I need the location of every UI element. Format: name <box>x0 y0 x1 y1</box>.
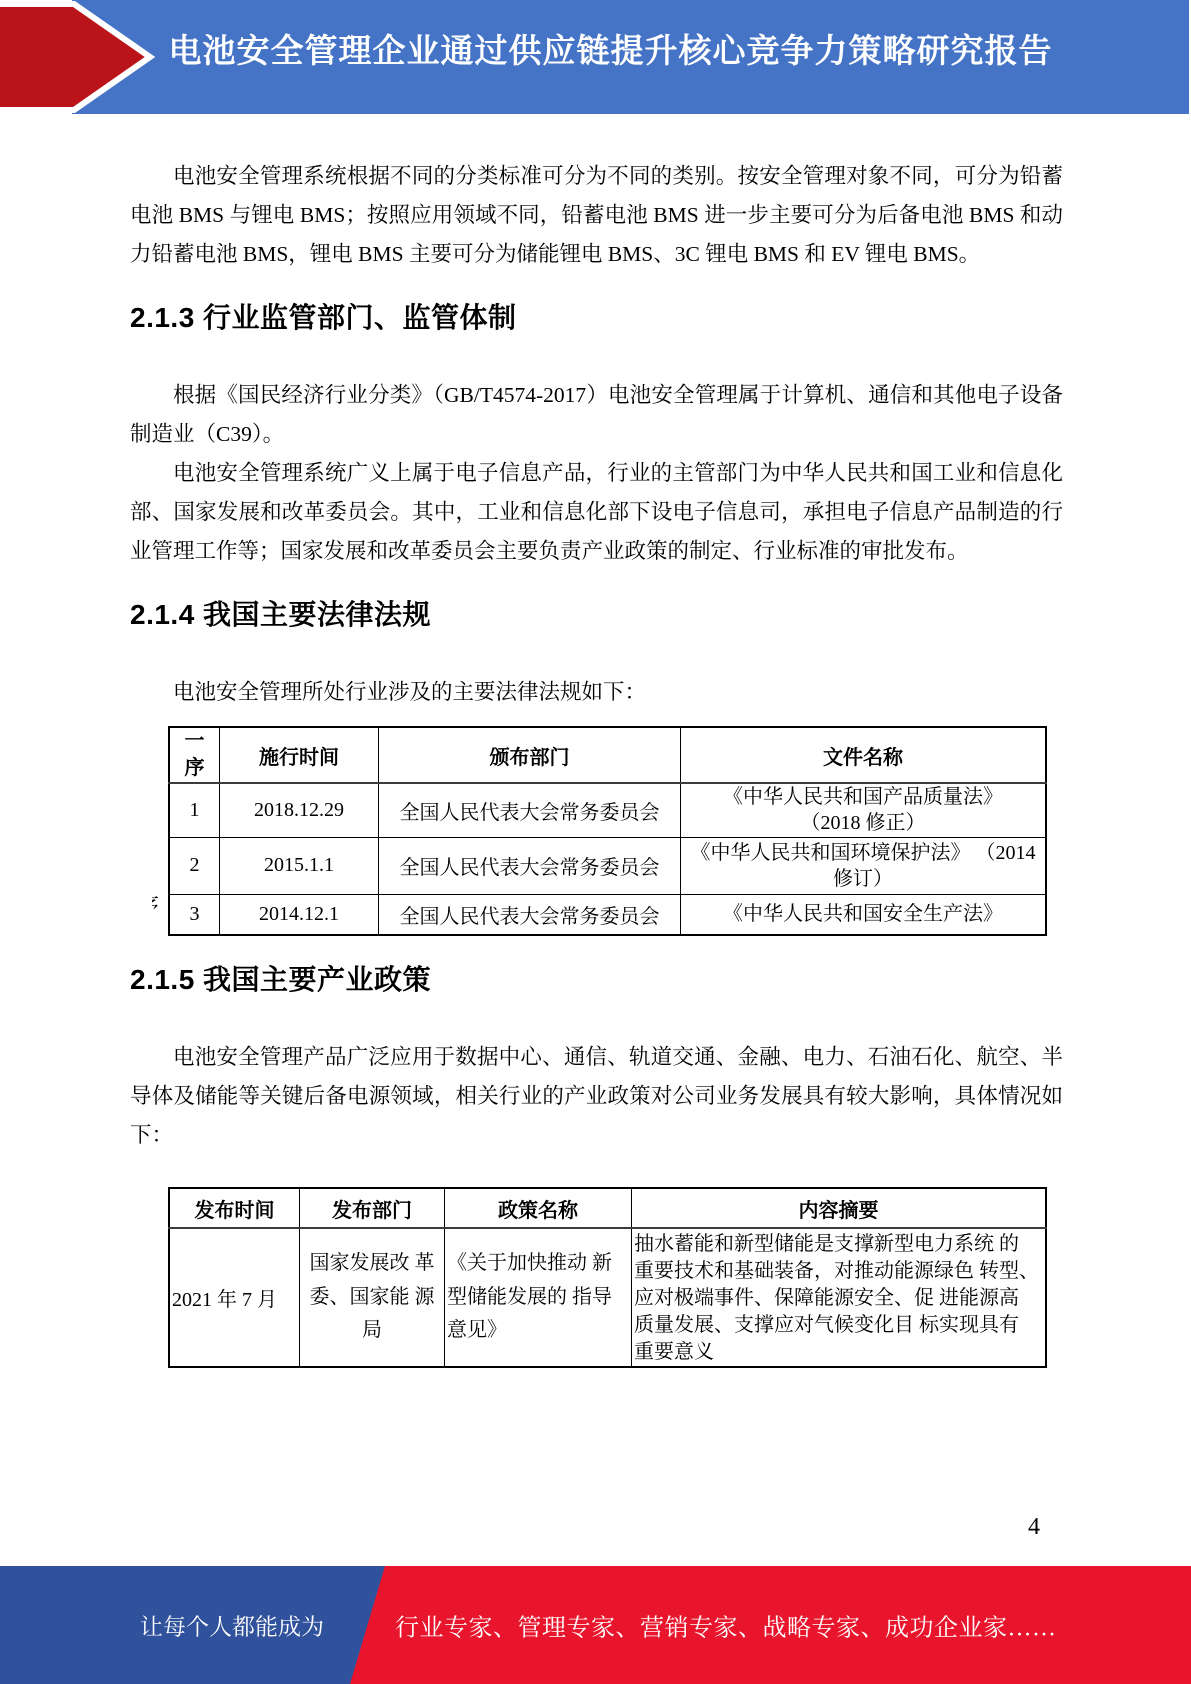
footer-band: 让每个人都能成为 行业专家、管理专家、营销专家、战略专家、成功企业家…… <box>0 1566 1191 1684</box>
section-213-paragraph-2: 电池安全管理系统广义上属于电子信息产品，行业的主管部门为中华人民共和国工业和信息… <box>130 454 1063 571</box>
laws-header-docname: 文件名称 <box>681 727 1047 783</box>
law-docname: 《中华人民共和国环境保护法》 （2014 修订） <box>681 837 1047 894</box>
policy-summary: 抽水蓄能和新型储能是支撑新型电力系统 的 重要技术和基础装备，对推动能源绿色 转… <box>632 1228 1047 1367</box>
section-heading-214: 2.1.4 我国主要法律法规 <box>130 597 1063 633</box>
policy-name: 《关于加快推动 新 型储能发展的 指导 意见》 <box>445 1228 632 1367</box>
red-chevron-icon <box>0 0 165 114</box>
laws-table-row: 2 2015.1.1 全国人民代表大会常务委员会 《中华人民共和国环境保护法》 … <box>169 837 1046 894</box>
law-issuer: 全国人民代表大会常务委员会 <box>379 783 681 837</box>
policy-header-date: 发布时间 <box>169 1188 300 1228</box>
section-215-paragraph: 电池安全管理产品广泛应用于数据中心、通信、轨道交通、金融、电力、石油石化、航空、… <box>130 1038 1063 1155</box>
law-date: 2014.12.1 <box>220 894 379 935</box>
policy-table-header-row: 发布时间 发布部门 政策名称 内容摘要 <box>169 1188 1046 1228</box>
laws-table: 一 序 施行时间 颁布部门 文件名称 1 2018.12.29 全国人民代表大会… <box>168 726 1047 936</box>
report-page: 电池安全管理企业通过供应链提升核心竞争力策略研究报告 序 命，提高电池使用的安全… <box>0 0 1191 1684</box>
section-213-paragraph-1: 根据《国民经济行业分类》（GB/T4574-2017）电池安全管理属于计算机、通… <box>130 376 1063 454</box>
policy-header-name: 政策名称 <box>445 1188 632 1228</box>
document-body: 命，提高电池使用的安全性、稳定性和电池之间的均衡性，达到高效使用电池目的。 2.… <box>0 0 1191 1368</box>
section-212-paragraph: 电池安全管理系统根据不同的分类标准可分为不同的类别。按安全管理对象不同，可分为铅… <box>130 157 1063 274</box>
law-no: 2 <box>169 837 220 894</box>
footer-slogan-right: 行业专家、管理专家、营销专家、战略专家、成功企业家…… <box>395 1608 1057 1643</box>
section-heading-213: 2.1.3 行业监管部门、监管体制 <box>130 300 1063 336</box>
law-issuer: 全国人民代表大会常务委员会 <box>379 837 681 894</box>
laws-table-row: 1 2018.12.29 全国人民代表大会常务委员会 《中华人民共和国产品质量法… <box>169 783 1046 837</box>
law-no: 3 <box>169 894 220 935</box>
policy-dept: 国家发展改 革 委、国家能 源 局 <box>300 1228 445 1367</box>
law-date: 2018.12.29 <box>220 783 379 837</box>
policy-header-dept: 发布部门 <box>300 1188 445 1228</box>
law-docname: 《中华人民共和国产品质量法》 （2018 修正） <box>681 783 1047 837</box>
policy-date: 2021 年 7 月 <box>169 1228 300 1367</box>
laws-header-seq: 一 序 <box>169 727 220 783</box>
laws-header-date: 施行时间 <box>220 727 379 783</box>
header-banner: 电池安全管理企业通过供应链提升核心竞争力策略研究报告 <box>72 0 1189 114</box>
law-docname: 《中华人民共和国安全生产法》 <box>681 894 1047 935</box>
clipped-margin-character: 序 <box>152 884 160 928</box>
footer-slogan-left: 让每个人都能成为 <box>140 1609 324 1642</box>
laws-table-header-row: 一 序 施行时间 颁布部门 文件名称 <box>169 727 1046 783</box>
section-heading-215: 2.1.5 我国主要产业政策 <box>130 962 1063 998</box>
laws-header-issuer: 颁布部门 <box>379 727 681 783</box>
section-214-paragraph: 电池安全管理所处行业涉及的主要法律法规如下： <box>130 673 1063 712</box>
policy-table: 发布时间 发布部门 政策名称 内容摘要 2021 年 7 月 国家发展改 革 委… <box>168 1187 1047 1368</box>
policy-header-summary: 内容摘要 <box>632 1188 1047 1228</box>
page-number: 4 <box>1028 1510 1040 1544</box>
law-date: 2015.1.1 <box>220 837 379 894</box>
law-issuer: 全国人民代表大会常务委员会 <box>379 894 681 935</box>
policy-table-row: 2021 年 7 月 国家发展改 革 委、国家能 源 局 《关于加快推动 新 型… <box>169 1228 1046 1367</box>
laws-table-row: 3 2014.12.1 全国人民代表大会常务委员会 《中华人民共和国安全生产法》 <box>169 894 1046 935</box>
report-title: 电池安全管理企业通过供应链提升核心竞争力策略研究报告 <box>72 0 1189 96</box>
law-no: 1 <box>169 783 220 837</box>
